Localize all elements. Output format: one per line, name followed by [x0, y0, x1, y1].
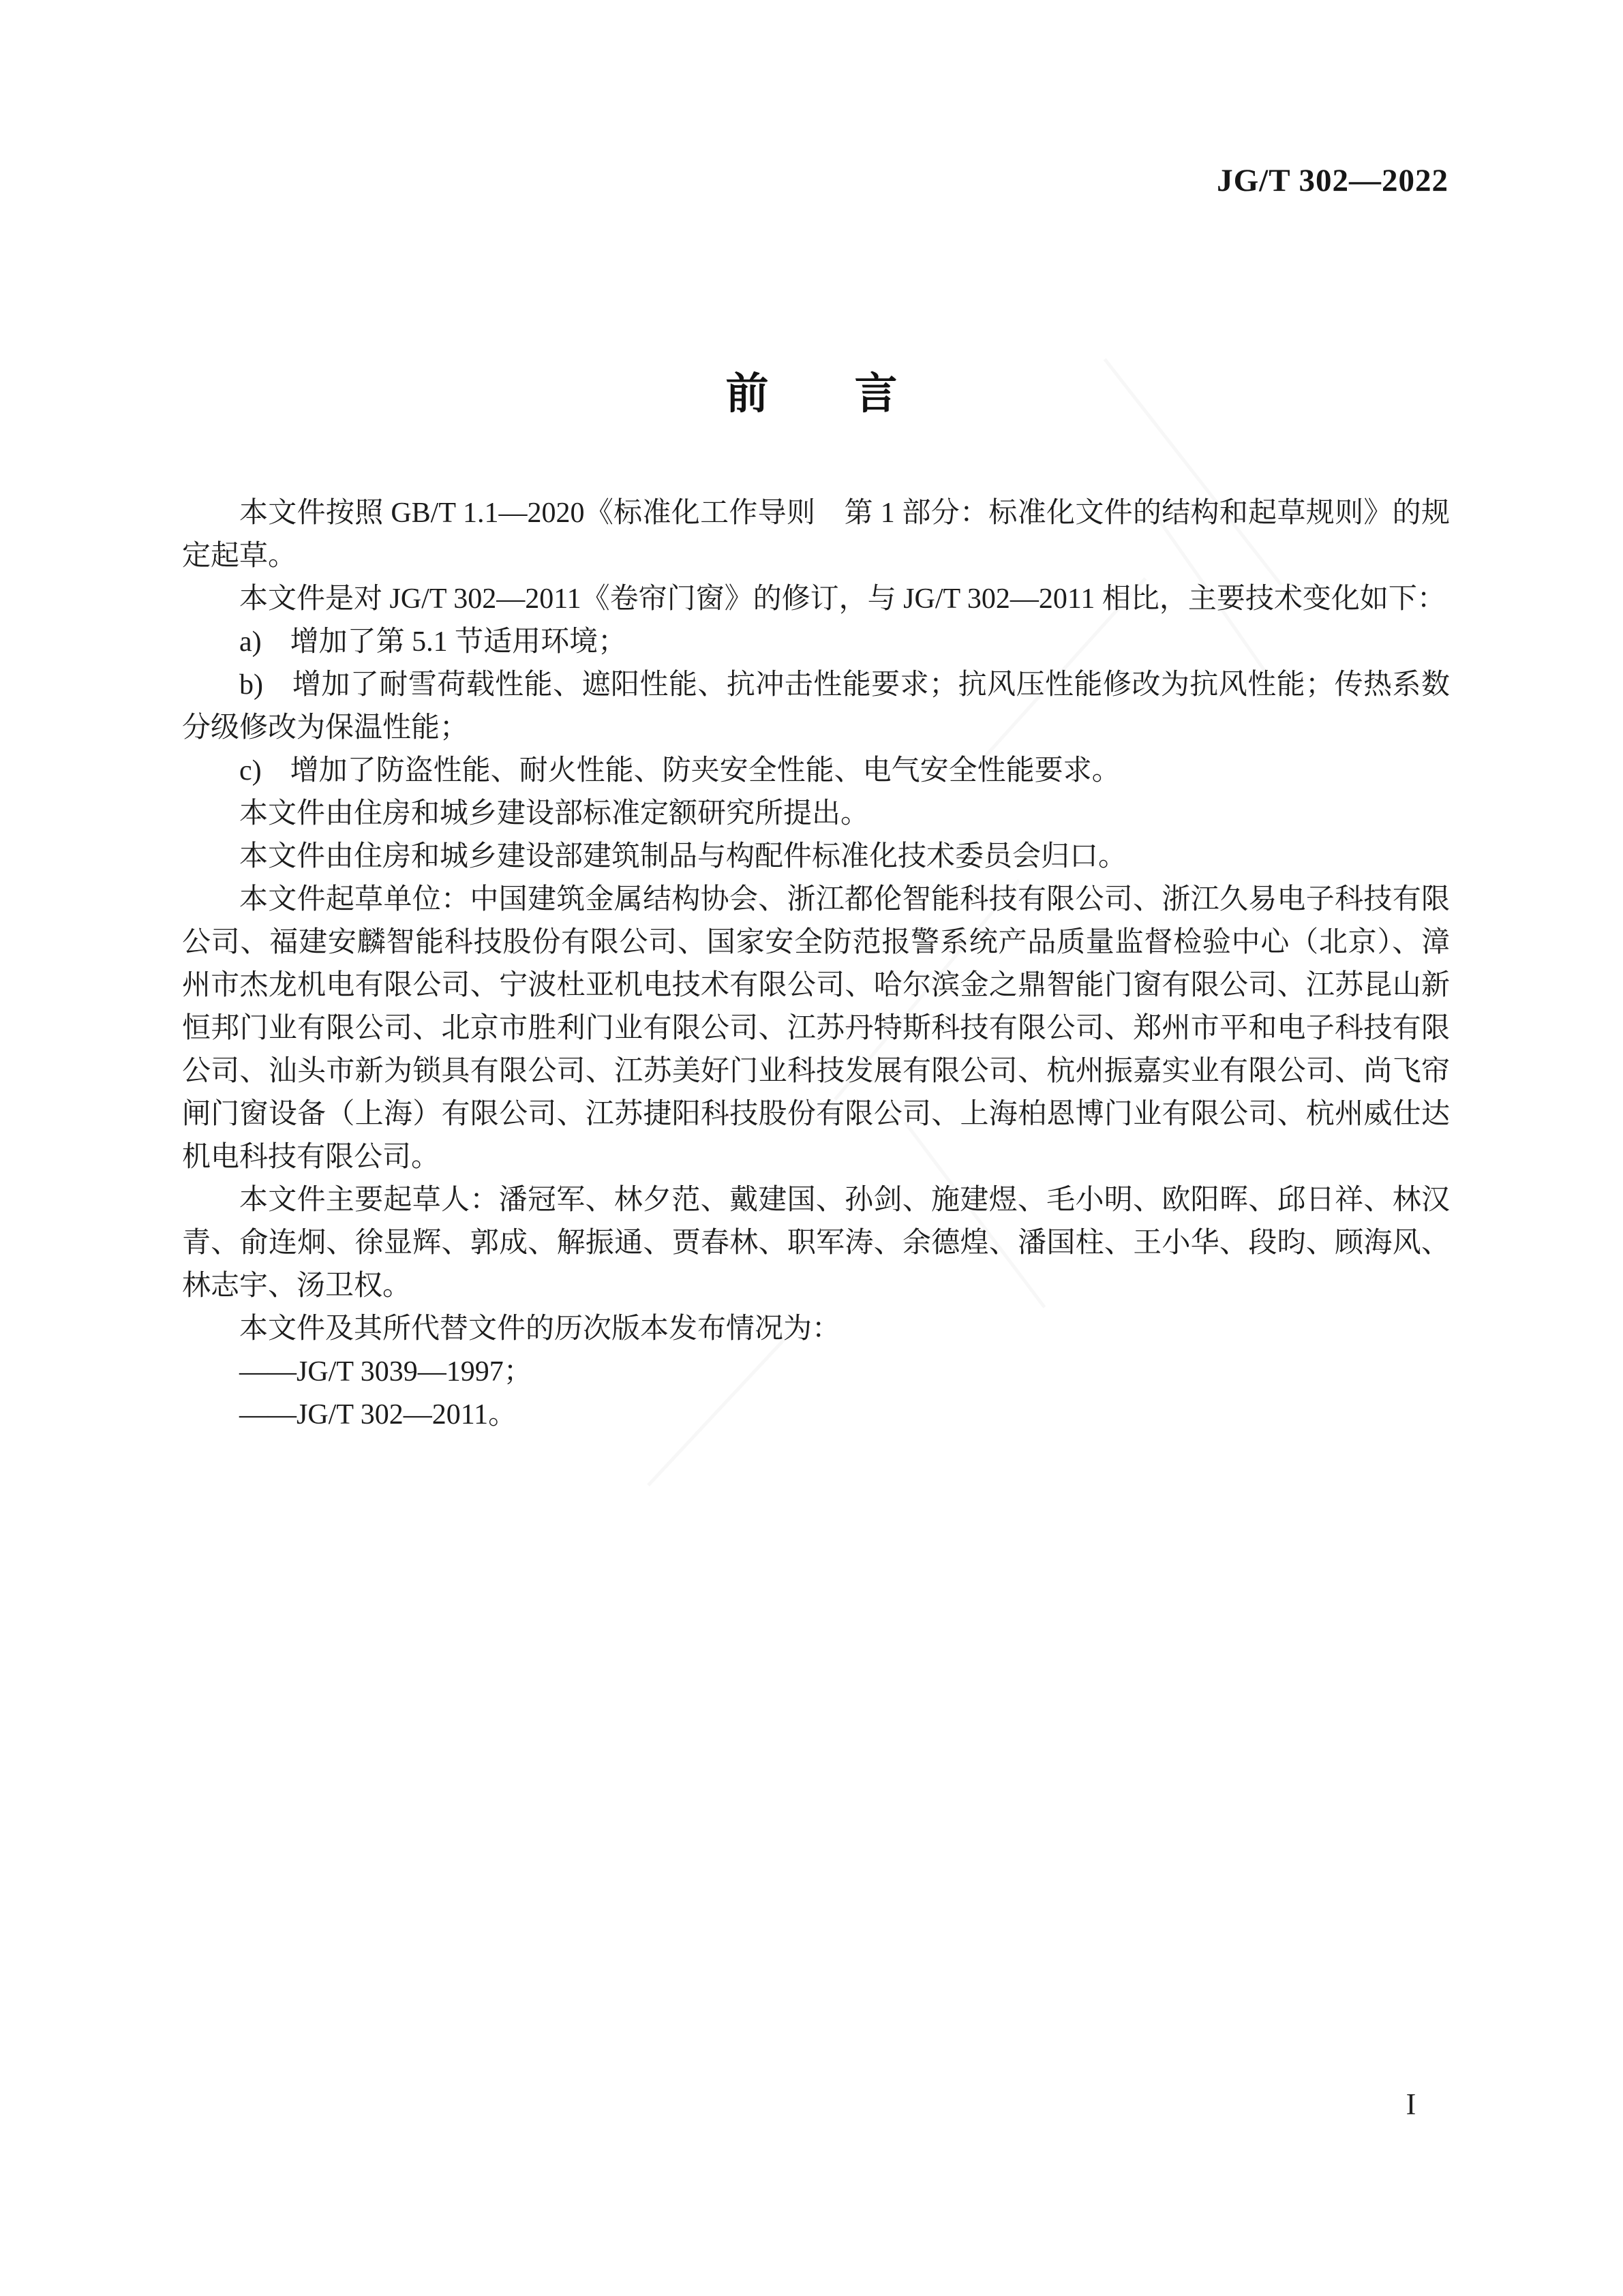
list-item-b: b) 增加了耐雪荷载性能、遮阳性能、抗冲击性能要求；抗风压性能修改为抗风性能；传…	[182, 664, 1450, 750]
previous-version-1997: ——JG/T 3039—1997；	[182, 1351, 1450, 1394]
list-item-a: a) 增加了第 5.1 节适用环境；	[182, 621, 1450, 664]
paragraph-main-drafters: 本文件主要起草人：潘冠军、林夕范、戴建国、孙剑、施建煜、毛小明、欧阳晖、邱日祥、…	[182, 1179, 1450, 1308]
list-item-c: c) 增加了防盗性能、耐火性能、防夹安全性能、电气安全性能要求。	[182, 750, 1450, 793]
previous-version-2011: ——JG/T 302—2011。	[182, 1394, 1450, 1437]
standard-code-header: JG/T 302—2022	[182, 162, 1448, 199]
paragraph-under-jurisdiction: 本文件由住房和城乡建设部建筑制品与构配件标准化技术委员会归口。	[182, 836, 1450, 878]
paragraph-revision-intro: 本文件是对 JG/T 302—2011《卷帘门窗》的修订，与 JG/T 302—…	[182, 578, 1450, 621]
foreword-body: 本文件按照 GB/T 1.1—2020《标准化工作导则 第 1 部分：标准化文件…	[182, 492, 1450, 1437]
paragraph-previous-versions: 本文件及其所代替文件的历次版本发布情况为：	[182, 1308, 1450, 1351]
document-page: JG/T 302—2022 前 言 本文件按照 GB/T 1.1—2020《标准…	[0, 0, 1623, 2296]
page-title: 前 言	[0, 359, 1623, 421]
paragraph-drafting-rules: 本文件按照 GB/T 1.1—2020《标准化工作导则 第 1 部分：标准化文件…	[182, 492, 1450, 578]
paragraph-drafting-units: 本文件起草单位：中国建筑金属结构协会、浙江都伦智能科技有限公司、浙江久易电子科技…	[182, 878, 1450, 1179]
page-number: I	[1391, 2087, 1431, 2122]
paragraph-proposed-by: 本文件由住房和城乡建设部标准定额研究所提出。	[182, 793, 1450, 836]
